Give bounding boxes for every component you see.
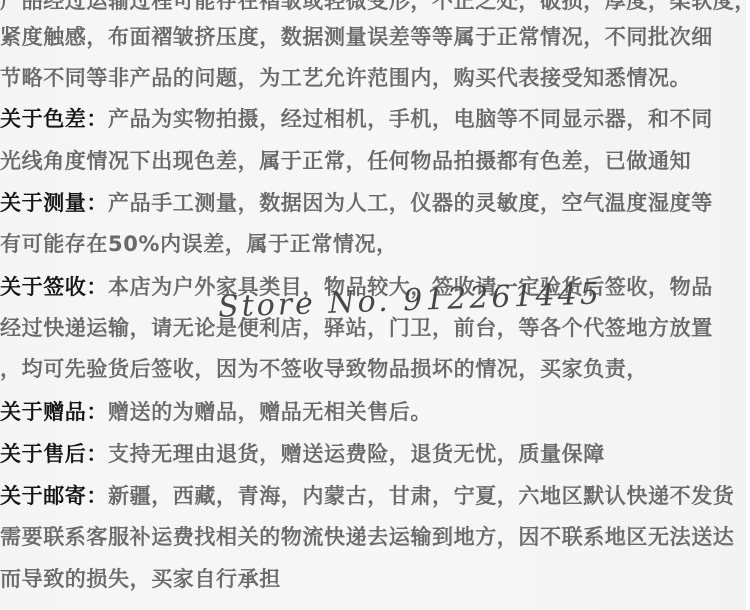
notice-line-color-difference: 关于色差：产品为实物拍摄，经过相机，手机，电脑等不同显示器，和不同 — [0, 104, 713, 134]
notice-line-shipping: 关于邮寄：新疆，西藏，青海，内蒙古，甘肃，宁夏，六地区默认快递不发货 — [0, 481, 734, 511]
after-sales-label: 关于售后： — [0, 442, 108, 466]
notice-line-6: 有可能存在50%内误差，属于正常情况， — [0, 229, 398, 259]
notice-line-14: 而导致的损失，买家自行承担 — [0, 564, 281, 594]
notice-text: 产品手工测量，数据因为人工，仪器的灵敏度，空气温度湿度等 — [108, 191, 713, 215]
notice-line-9: ，均可先验货后签收，因为不签收导致物品损坏的情况，买家负责， — [0, 354, 648, 384]
notice-line-gifts: 关于赠品：赠送的为赠品，赠品无相关售后。 — [0, 397, 432, 427]
notice-line-13: 需要联系客服补运费找相关的物流快递去运输到地方，因不联系地区无法送达 — [0, 522, 734, 552]
color-difference-label: 关于色差： — [0, 107, 108, 131]
notice-text: 产品经过运输过程可能存在褶皱或轻微变形，不正之处，破损，厚度，柔软度，同等属于 — [0, 0, 750, 13]
notice-line-0: 产品经过运输过程可能存在褶皱或轻微变形，不正之处，破损，厚度，柔软度，同等属于 — [0, 0, 750, 16]
product-notice-page: 产品经过运输过程可能存在褶皱或轻微变形，不正之处，破损，厚度，柔软度，同等属于 … — [0, 0, 750, 610]
notice-text: ，均可先验货后签收，因为不签收导致物品损坏的情况，买家负责， — [0, 357, 648, 381]
right-border — [746, 0, 750, 610]
gifts-label: 关于赠品： — [0, 400, 108, 424]
notice-text: 光线角度情况下出现色差，属于正常，任何物品拍摄都有色差，已做通知 — [0, 149, 691, 173]
notice-text: 节略不同等非产品的问题，为工艺允许范围内，购买代表接受知悉情况。 — [0, 66, 691, 90]
signing-label: 关于签收： — [0, 275, 108, 299]
notice-text: 需要联系客服补运费找相关的物流快递去运输到地方，因不联系地区无法送达 — [0, 525, 734, 549]
notice-text: 而导致的损失，买家自行承担 — [0, 567, 281, 591]
notice-text: 支持无理由退货，赠送运费险，退货无忧，质量保障 — [108, 442, 605, 466]
notice-line-after-sales: 关于售后：支持无理由退货，赠送运费险，退货无忧，质量保障 — [0, 439, 605, 469]
notice-text: 有可能存在50%内误差，属于正常情况， — [0, 232, 398, 256]
shipping-label: 关于邮寄： — [0, 484, 108, 508]
notice-line-2: 节略不同等非产品的问题，为工艺允许范围内，购买代表接受知悉情况。 — [0, 63, 691, 93]
notice-line-4: 光线角度情况下出现色差，属于正常，任何物品拍摄都有色差，已做通知 — [0, 146, 691, 176]
notice-line-1: 紧度触感，布面褶皱挤压度，数据测量误差等等属于正常情况，不同批次细 — [0, 22, 713, 52]
measurement-label: 关于测量： — [0, 191, 108, 215]
notice-line-measurement: 关于测量：产品手工测量，数据因为人工，仪器的灵敏度，空气温度湿度等 — [0, 188, 713, 218]
notice-text: 产品为实物拍摄，经过相机，手机，电脑等不同显示器，和不同 — [108, 107, 713, 131]
notice-text: 赠送的为赠品，赠品无相关售后。 — [108, 400, 432, 424]
notice-text: 紧度触感，布面褶皱挤压度，数据测量误差等等属于正常情况，不同批次细 — [0, 25, 713, 49]
notice-text: 新疆，西藏，青海，内蒙古，甘肃，宁夏，六地区默认快递不发货 — [108, 484, 734, 508]
